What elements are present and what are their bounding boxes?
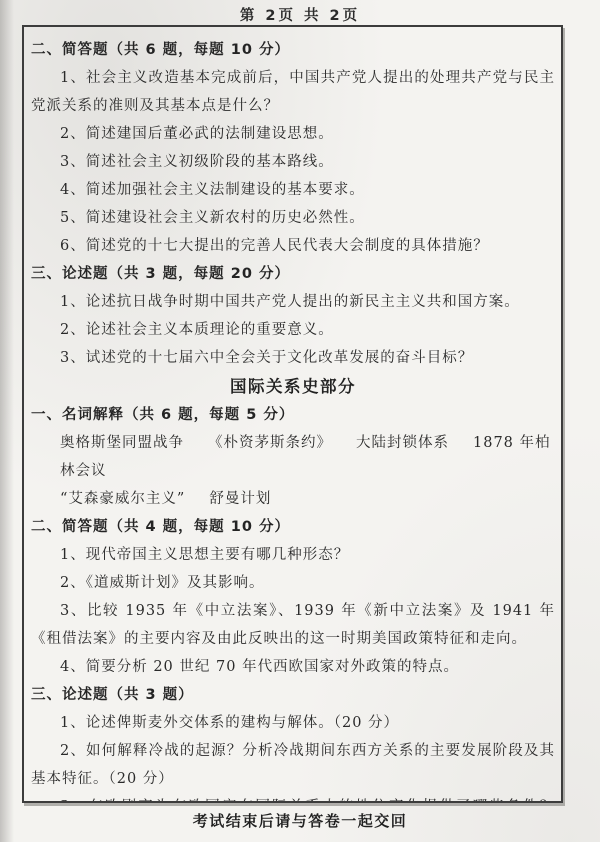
question-item: 2、《道威斯计划》及其影响。 — [31, 569, 555, 597]
term-row: “艾森豪威尔主义”舒曼计划 — [31, 485, 555, 513]
question-item: 5、简述建设社会主义新农村的历史必然性。 — [31, 204, 555, 232]
question-blocks: 二、简答题（共 6 题，每题 10 分）1、社会主义改造基本完成前后，中国共产党… — [31, 36, 555, 803]
question-item: 2、简述建国后董必武的法制建设思想。 — [31, 120, 555, 148]
question-item: 1、现代帝国主义思想主要有哪几种形态？ — [31, 541, 555, 569]
question-item: 3、试述党的十七届六中全会关于文化改革发展的奋斗目标？ — [31, 344, 555, 372]
question-section: 三、论述题（共 3 题）1、论述俾斯麦外交体系的建构与解体。（20 分）2、如何… — [31, 681, 555, 803]
question-item: 3、比较 1935 年《中立法案》、1939 年《新中立法案》及 1941 年《… — [31, 597, 555, 653]
question-section: 一、名词解释（共 6 题，每题 5 分）奥格斯堡同盟战争《朴资茅斯条约》大陆封锁… — [31, 401, 555, 513]
question-section: 三、论述题（共 3 题，每题 20 分）1、论述抗日战争时期中国共产党人提出的新… — [31, 260, 555, 372]
section-heading: 三、论述题（共 3 题） — [31, 681, 555, 709]
glossary-term: 《朴资茅斯条约》 — [208, 435, 332, 451]
glossary-term: 舒曼计划 — [209, 491, 271, 507]
question-item: 4、简要分析 20 世纪 70 年代西欧国家对外政策的特点。 — [31, 653, 555, 681]
question-item: 2、论述社会主义本质理论的重要意义。 — [31, 316, 555, 344]
question-item: 1、论述俾斯麦外交体系的建构与解体。（20 分） — [31, 709, 555, 737]
section-heading: 一、名词解释（共 6 题，每题 5 分） — [31, 401, 555, 429]
scan-edge-shading — [0, 0, 14, 842]
exam-content-box: 二、简答题（共 6 题，每题 10 分）1、社会主义改造基本完成前后，中国共产党… — [22, 25, 563, 803]
part-title: 国际关系史部分 — [31, 372, 555, 401]
section-heading: 三、论述题（共 3 题，每题 20 分） — [31, 260, 555, 288]
glossary-term: 大陆封锁体系 — [356, 435, 449, 451]
page-footer-note: 考试结束后请与答卷一起交回 — [0, 810, 600, 831]
question-item: 2、如何解释冷战的起源？分析冷战期间东西方关系的主要发展阶段及其基本特征。（20… — [31, 737, 555, 793]
section-heading: 二、简答题（共 4 题，每题 10 分） — [31, 513, 555, 541]
glossary-term: 奥格斯堡同盟战争 — [60, 435, 184, 451]
question-item: 1、社会主义改造基本完成前后，中国共产党人提出的处理共产党与民主党派关系的准则及… — [31, 64, 555, 120]
question-item: 4、简述加强社会主义法制建设的基本要求。 — [31, 176, 555, 204]
page-number-header: 第 2页 共 2页 — [0, 4, 600, 25]
question-section: 二、简答题（共 6 题，每题 10 分）1、社会主义改造基本完成前后，中国共产党… — [31, 36, 555, 260]
question-item: 1、论述抗日战争时期中国共产党人提出的新民主主义共和国方案。 — [31, 288, 555, 316]
section-heading: 二、简答题（共 6 题，每题 10 分） — [31, 36, 555, 64]
question-section: 二、简答题（共 4 题，每题 10 分）1、现代帝国主义思想主要有哪几种形态？2… — [31, 513, 555, 681]
question-item: 3、东欧剧变为东欧国家在国际关系中的地位变化提供了哪些条件？ （40 分） — [31, 793, 555, 803]
glossary-term: “艾森豪威尔主义” — [60, 491, 185, 507]
term-row: 奥格斯堡同盟战争《朴资茅斯条约》大陆封锁体系1878 年柏林会议 — [31, 429, 555, 485]
question-item: 6、简述党的十七大提出的完善人民代表大会制度的具体措施？ — [31, 232, 555, 260]
question-item: 3、简述社会主义初级阶段的基本路线。 — [31, 148, 555, 176]
